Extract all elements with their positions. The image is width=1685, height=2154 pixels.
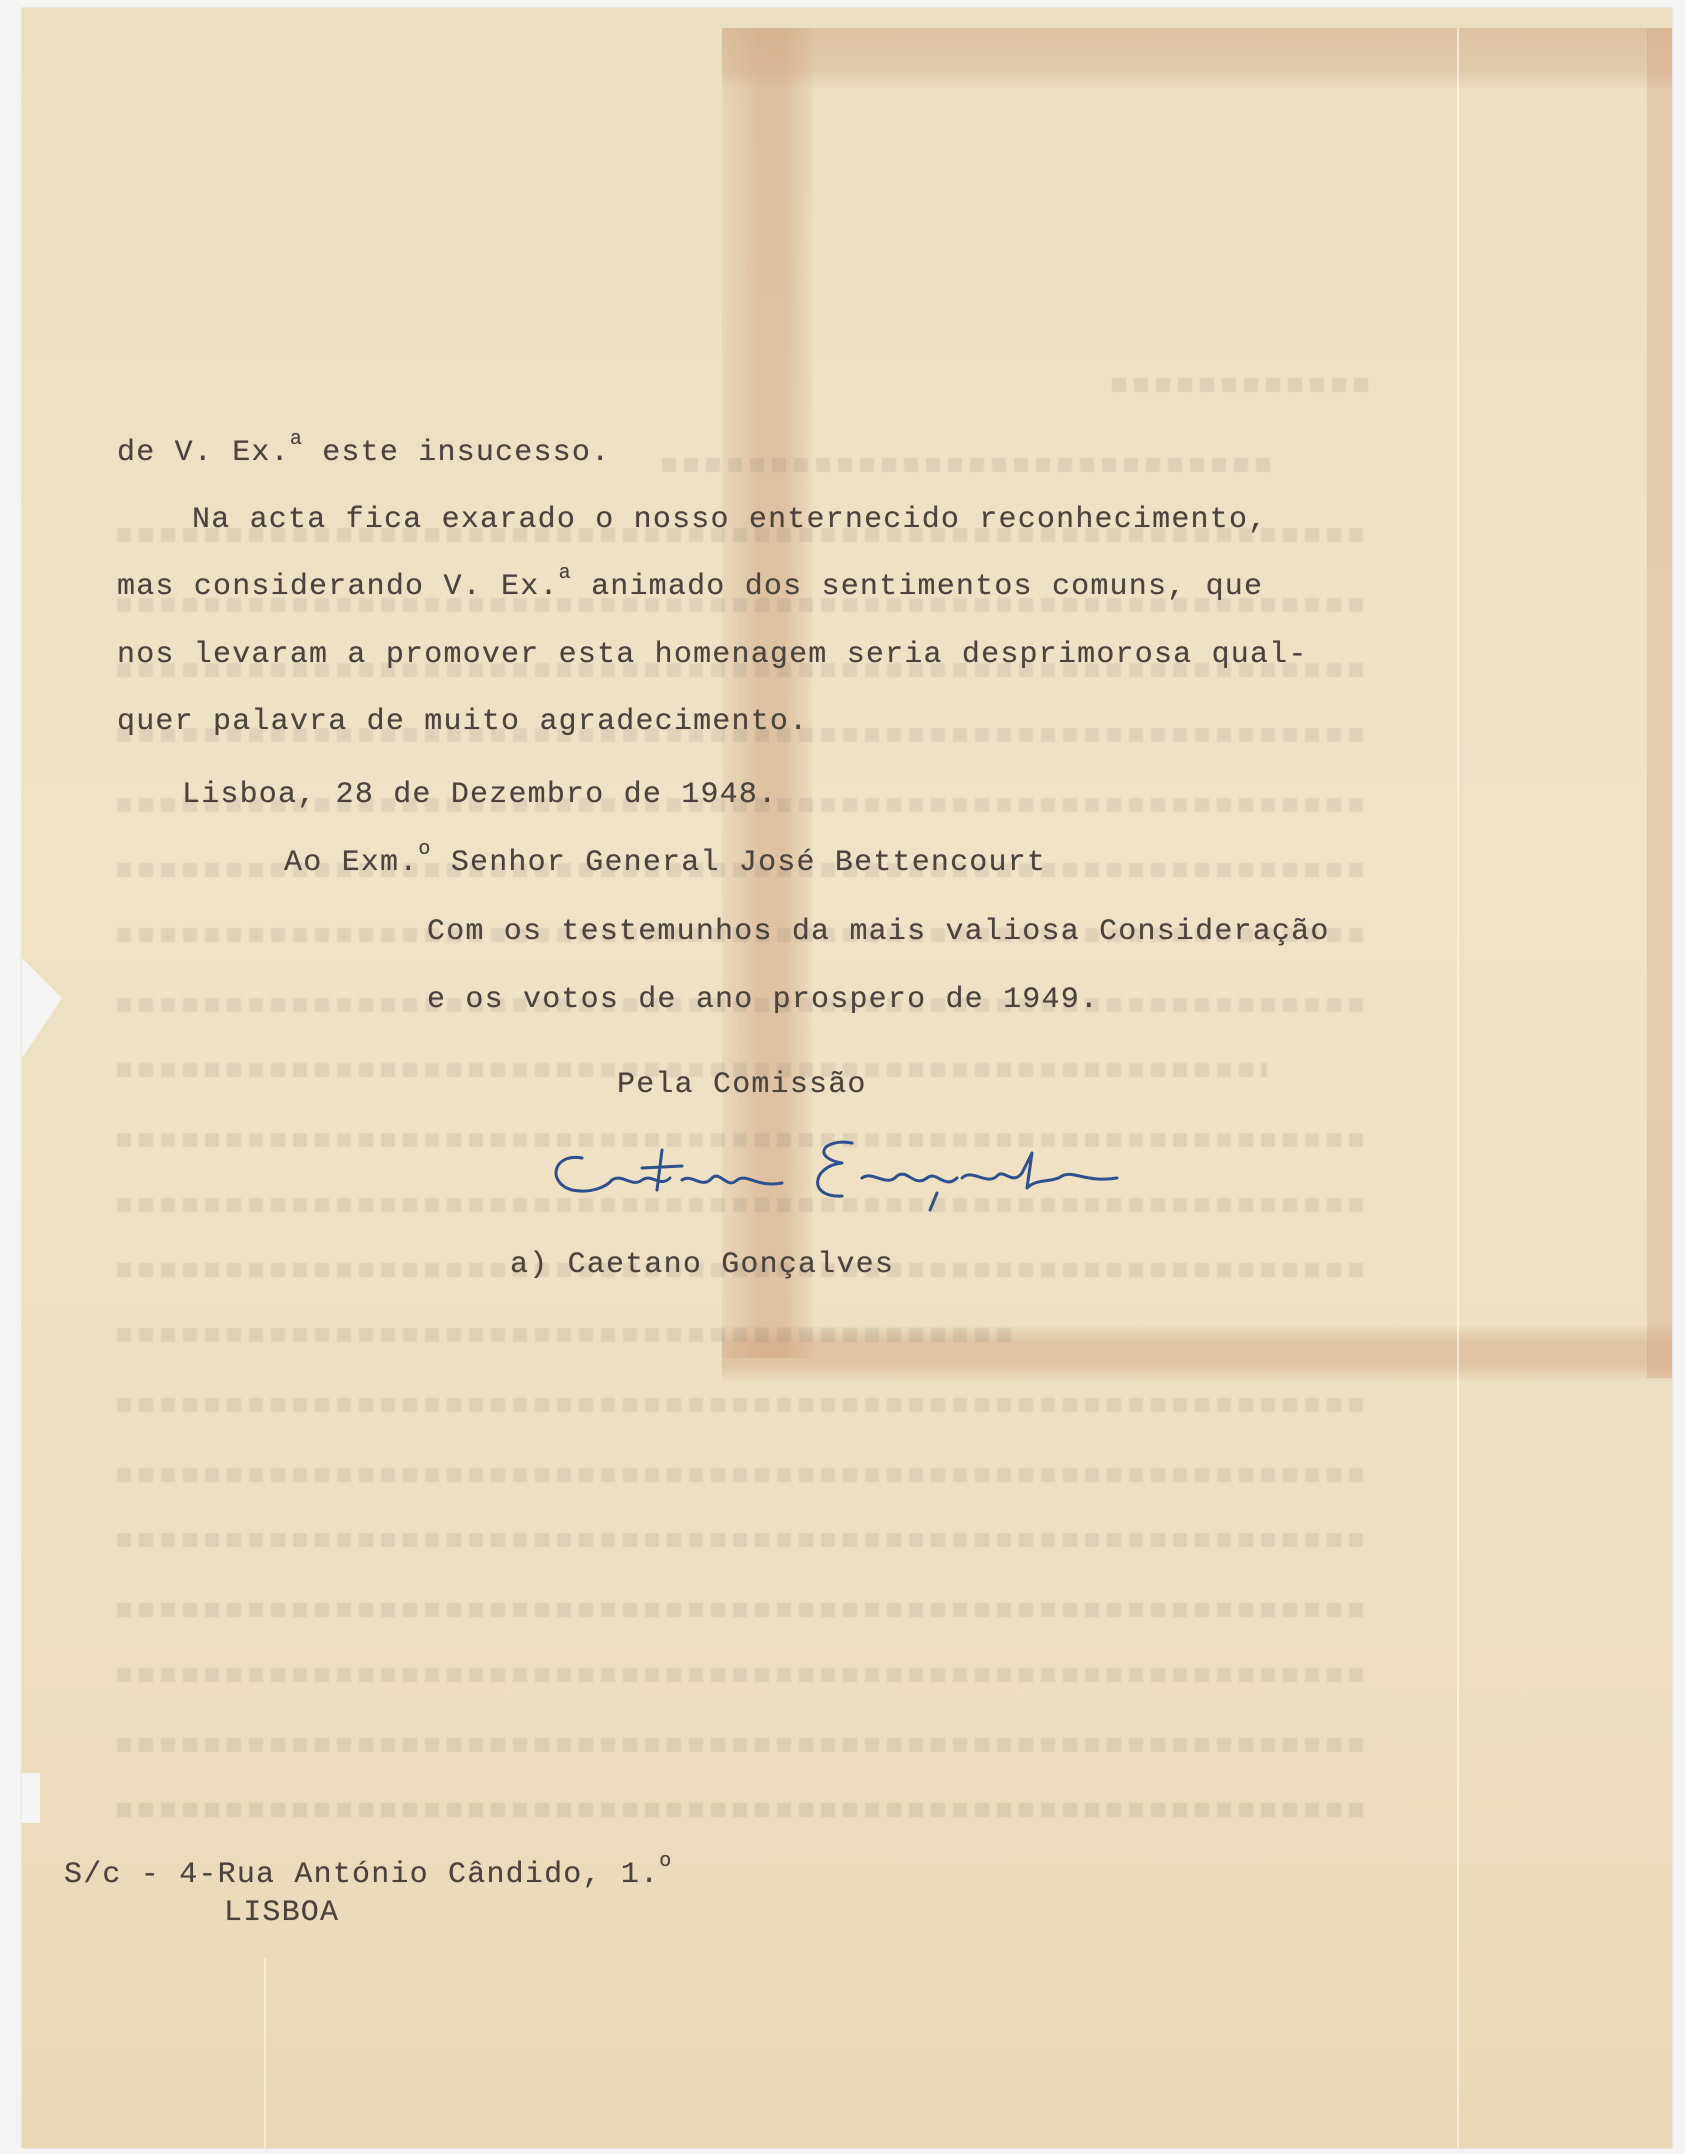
typed-signature: a) Caetano Gonçalves (510, 1248, 894, 1282)
body-line-1: de V. Ex.a este insucesso. (117, 436, 610, 470)
bleed-through (117, 1468, 1367, 1482)
letter-page: de V. Ex.a este insucesso. Na acta fica … (22, 8, 1672, 2148)
bleed-through (117, 1668, 1367, 1682)
addressee-line: Ao Exm.o Senhor General José Bettencourt (284, 846, 1046, 880)
bleed-through (117, 1398, 1367, 1412)
closing-line-1: Com os testemunhos da mais valiosa Consi… (427, 915, 1330, 949)
torn-edge-lower (22, 1773, 40, 1823)
sender-address-line-1: S/c - 4-Rua António Cândido, 1.o (64, 1858, 673, 1892)
body-line-2: Na acta fica exarado o nosso enternecido… (192, 503, 1267, 537)
date-line: Lisboa, 28 de Dezembro de 1948. (182, 778, 777, 812)
signoff: Pela Comissão (617, 1068, 867, 1102)
torn-edge (22, 958, 62, 1058)
body-line-3: mas considerando V. Ex.a animado dos sen… (117, 570, 1263, 604)
bleed-through (117, 1328, 1017, 1342)
paper-fold-lower (264, 1958, 266, 2148)
closing-line-2: e os votos de ano prospero de 1949. (427, 983, 1099, 1017)
body-line-4: nos levaram a promover esta homenagem se… (117, 638, 1308, 672)
bleed-through (117, 1533, 1367, 1547)
handwritten-signature (542, 1128, 1182, 1228)
stain-top (722, 28, 1672, 88)
bleed-through (662, 458, 1272, 472)
body-line-5: quer palavra de muito agradecimento. (117, 705, 808, 739)
bleed-through (117, 1803, 1367, 1817)
bleed-through (1112, 378, 1372, 392)
paper-fold (1457, 28, 1459, 2148)
bleed-through (117, 1738, 1367, 1752)
bleed-through (117, 1603, 1367, 1617)
stain-right (1647, 28, 1672, 1378)
sender-address-line-2: LISBOA (224, 1896, 339, 1930)
